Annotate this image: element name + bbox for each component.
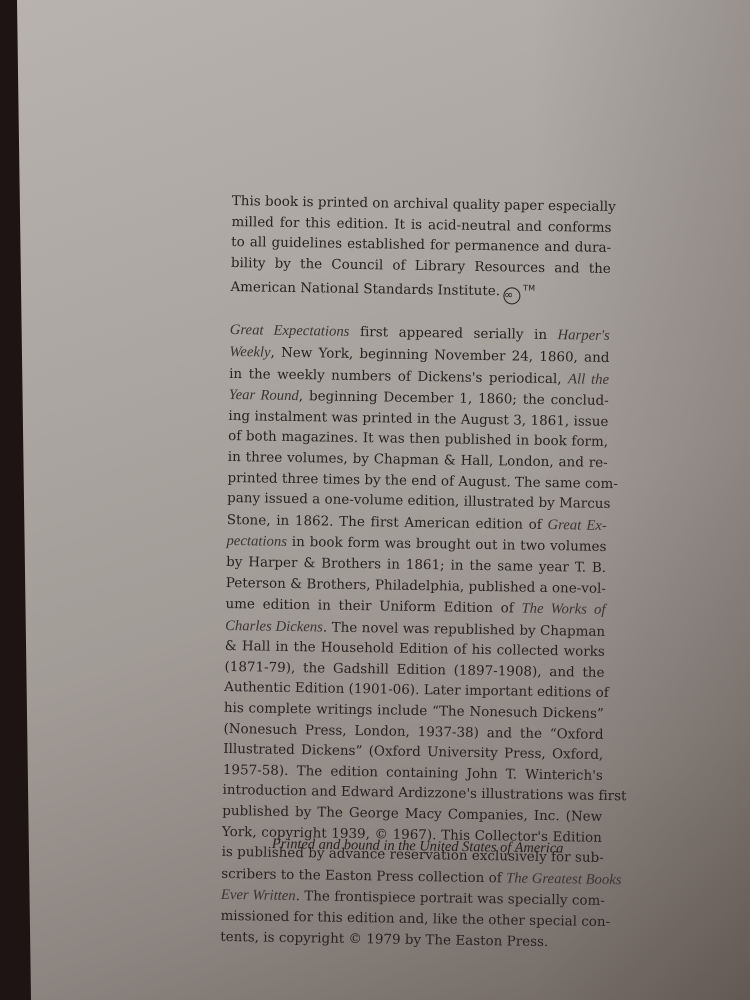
text-run: published by The George Macy Companies, … [222, 804, 602, 825]
infinity-permanence-icon: ∞ [503, 288, 520, 305]
text-run: his complete writings include “The Nones… [224, 701, 604, 722]
text-run: . The frontispiece portrait was speciall… [296, 889, 605, 909]
text-run: 1957-58). The edition containing John T.… [223, 763, 603, 784]
text-line: American National Standards Institute.∞T… [230, 274, 610, 306]
text-run: Illustrated Dickens” (Oxford University … [223, 742, 603, 763]
text-run: ume edition in their Uniform Edition of [225, 597, 521, 617]
text-run: Peterson & Brothers, Philadelphia, publi… [226, 575, 606, 596]
italic-title: The Greatest Books [506, 870, 622, 888]
italic-title: All the [568, 371, 609, 388]
italic-title: Charles Dickens [225, 618, 323, 636]
publication-history-paragraph: Great Expectations first appeared serial… [220, 320, 610, 954]
text-run: in book form was brought out in two volu… [287, 535, 607, 555]
italic-title: Ever Written [221, 887, 296, 904]
text-run: tents, is copyright © 1979 by The Easton… [220, 930, 548, 950]
text-run: of both magazines. It was then published… [228, 429, 608, 450]
italic-title: Year Round [229, 387, 299, 404]
text-run: in three volumes, by Chapman & Hall, Lon… [228, 450, 608, 471]
text-run: Authentic Edition (1901-06). Later impor… [224, 680, 609, 701]
text-run: introduction and Edward Ardizzone's illu… [222, 783, 626, 804]
text-run: by Harper & Brothers in 1861; in the sam… [226, 555, 606, 576]
trademark-symbol: TM [523, 284, 535, 293]
text-run: (Nonesuch Press, London, 1937-38) and th… [223, 722, 603, 743]
italic-title: Great Expectations [230, 322, 350, 340]
text-run: ing instalment was printed in the August… [228, 409, 608, 430]
text-run: first appeared serially in [349, 325, 557, 343]
text-run: pany issued a one-volume edition, illust… [227, 491, 611, 512]
text-run: , New York, beginning November 24, 1860,… [270, 346, 609, 366]
paper-notice-paragraph: This book is printed on archival quality… [230, 192, 612, 306]
text-run: in the weekly numbers of Dickens's perio… [229, 367, 568, 387]
italic-title: Harper's [557, 328, 609, 345]
text-run: scribers to the Easton Press collection … [221, 867, 506, 886]
photo-scene: This book is printed on archival quality… [0, 0, 750, 1000]
italic-title: pectations [226, 533, 287, 550]
text-run: (1871-79), the Gadshill Edition (1897-19… [224, 660, 604, 681]
text-run: & Hall in the Household Edition of his c… [225, 639, 605, 660]
text-run: printed three times by the end of August… [227, 470, 618, 491]
text-run: . The novel was republished by Chapman [323, 620, 605, 639]
italic-title: Great Ex- [547, 517, 606, 534]
italic-title: The Works of [521, 601, 605, 618]
italic-title: Weekly [229, 344, 270, 361]
text-run: Stone, in 1862. The first American editi… [227, 513, 548, 533]
text-run: missioned for this edition and, like the… [221, 909, 611, 930]
text-run: , beginning December 1, 1860; the conclu… [299, 389, 609, 409]
